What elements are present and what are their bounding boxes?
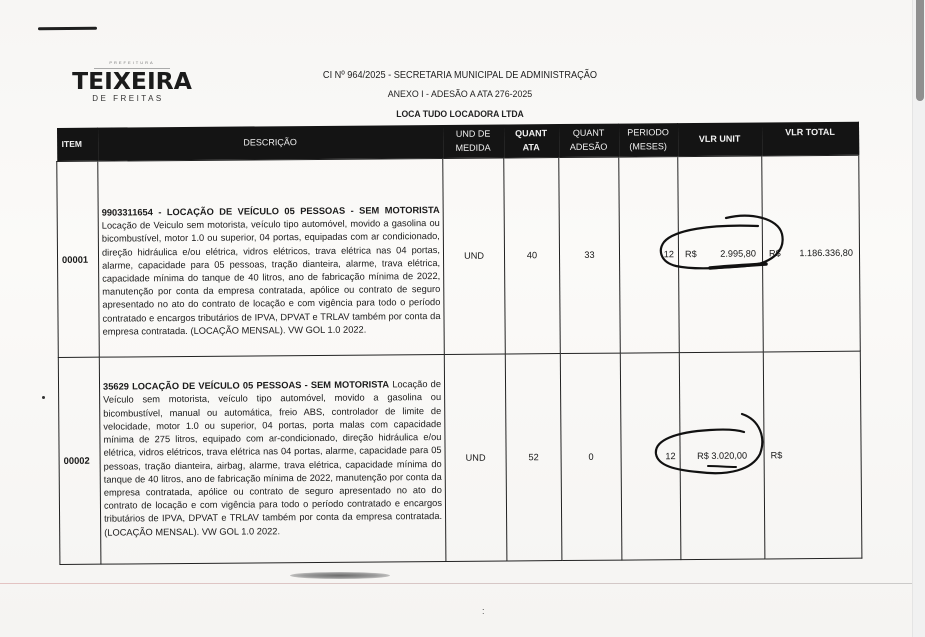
col-header-periodo: PERIODO (MESES) bbox=[618, 123, 677, 156]
item-code: 00002 bbox=[58, 357, 101, 564]
item-description: 35629 LOCAÇÃO DE VEÍCULO 05 PESSOAS - SE… bbox=[99, 354, 446, 564]
item-quant-adesao: 0 bbox=[560, 353, 622, 560]
item-quant-adesao: 33 bbox=[559, 157, 621, 353]
item-description-body: Locação de Veículo sem motorista, veícul… bbox=[103, 379, 442, 537]
scan-shadow bbox=[290, 572, 390, 579]
item-description-title: 9903311654 - LOCAÇÃO DE VEÍCULO 05 PESSO… bbox=[102, 205, 440, 218]
stray-mark bbox=[42, 396, 45, 399]
scrollbar-thumb[interactable] bbox=[916, 0, 924, 101]
items-table: ITEM DESCRIÇÃO UND DE MEDIDA QUANT ATA Q… bbox=[56, 122, 861, 565]
teixeira-de-freitas-logo: PREFEITURA TEIXEIRA DE FREITAS bbox=[72, 60, 192, 103]
logo-name: TEIXEIRA bbox=[71, 70, 193, 94]
scanned-document-page: PREFEITURA TEIXEIRA DE FREITAS CI Nº 964… bbox=[0, 0, 912, 637]
item-quant-ata: 52 bbox=[505, 353, 562, 560]
logo-subtitle: DE FREITAS bbox=[64, 94, 192, 103]
item-vlr-unit: R$ 2.995,80 bbox=[678, 155, 764, 352]
vlr-unit-value: 2.995,80 bbox=[720, 249, 756, 259]
col-header-descricao: DESCRIÇÃO bbox=[97, 125, 442, 161]
stray-mark: : bbox=[482, 606, 485, 616]
vlr-total-currency: R$ bbox=[771, 450, 783, 460]
col-header-und-medida: UND DE MEDIDA bbox=[442, 124, 503, 157]
item-description-body: Locação de Veiculo sem motorista, veícul… bbox=[102, 218, 441, 336]
item-description-title: 35629 LOCAÇÃO DE VEÍCULO 05 PESSOAS - SE… bbox=[103, 380, 389, 392]
pen-mark bbox=[38, 27, 97, 31]
item-periodo: 12 bbox=[619, 156, 680, 352]
item-periodo: 12 bbox=[620, 352, 681, 559]
logo-tagline: PREFEITURA bbox=[72, 60, 192, 68]
header-company-line: LOCA TUDO LOCADORA LTDA bbox=[313, 104, 607, 123]
item-vlr-total: R$ bbox=[763, 351, 862, 559]
page-edge bbox=[0, 583, 912, 584]
vlr-total-currency: R$ bbox=[769, 248, 781, 258]
item-vlr-unit: R$ 3.020,00 bbox=[679, 351, 765, 559]
vlr-unit-currency: R$ bbox=[685, 249, 697, 259]
header-annex-line: ANEXO I - ADESÃO A ATA 276-2025 bbox=[313, 85, 607, 104]
col-header-quant-ata: QUANT ATA bbox=[503, 124, 558, 157]
item-code: 00001 bbox=[57, 161, 100, 357]
item-description: 9903311654 - LOCAÇÃO DE VEÍCULO 05 PESSO… bbox=[98, 158, 445, 357]
vertical-scrollbar[interactable] bbox=[912, 0, 925, 637]
col-header-vlr-unit: VLR UNIT bbox=[677, 122, 761, 156]
vlr-total-value: 1.186.336,80 bbox=[799, 248, 853, 258]
table-row: 00001 9903311654 - LOCAÇÃO DE VEÍCULO 05… bbox=[57, 155, 861, 357]
col-header-quant-adesao: QUANT ADESÃO bbox=[558, 124, 618, 157]
vlr-unit-value: R$ 3.020,00 bbox=[697, 450, 747, 460]
document-header: CI Nº 964/2025 - SECRETARIA MUNICIPAL DE… bbox=[300, 66, 620, 123]
header-ci-line: CI Nº 964/2025 - SECRETARIA MUNICIPAL DE… bbox=[313, 66, 607, 85]
item-vlr-total: R$ 1.186.336,80 bbox=[762, 155, 861, 352]
col-header-item: ITEM bbox=[56, 128, 97, 161]
item-quant-ata: 40 bbox=[504, 157, 561, 353]
item-unit: UND bbox=[443, 157, 506, 353]
item-unit: UND bbox=[444, 353, 507, 560]
col-header-vlr-total: VLR TOTAL bbox=[761, 122, 858, 156]
table-row: 00002 35629 LOCAÇÃO DE VEÍCULO 05 PESSOA… bbox=[58, 351, 862, 564]
